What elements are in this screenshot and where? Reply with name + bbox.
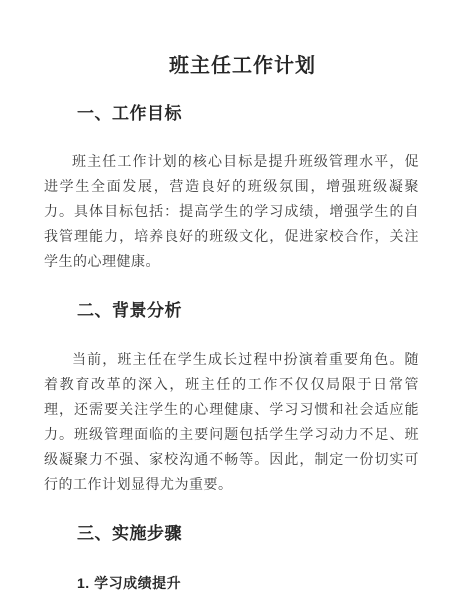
subsection-heading-grade-improvement: 1. 学习成绩提升: [44, 574, 419, 592]
paragraph-work-goals: 班主任工作计划的核心目标是提升班级管理水平，促进学生全面发展，营造良好的班级氛围…: [44, 150, 419, 275]
section-heading-background-analysis: 二、背景分析: [44, 301, 419, 321]
document-page: 班主任工作计划 一、工作目标 班主任工作计划的核心目标是提升班级管理水平，促进学…: [0, 0, 463, 600]
section-heading-work-goals: 一、工作目标: [44, 104, 419, 124]
section-heading-implementation-steps: 三、实施步骤: [44, 524, 419, 544]
document-title: 班主任工作计划: [44, 55, 419, 78]
paragraph-background-analysis: 当前，班主任在学生成长过程中扮演着重要角色。随着教育改革的深入，班主任的工作不仅…: [44, 348, 419, 498]
